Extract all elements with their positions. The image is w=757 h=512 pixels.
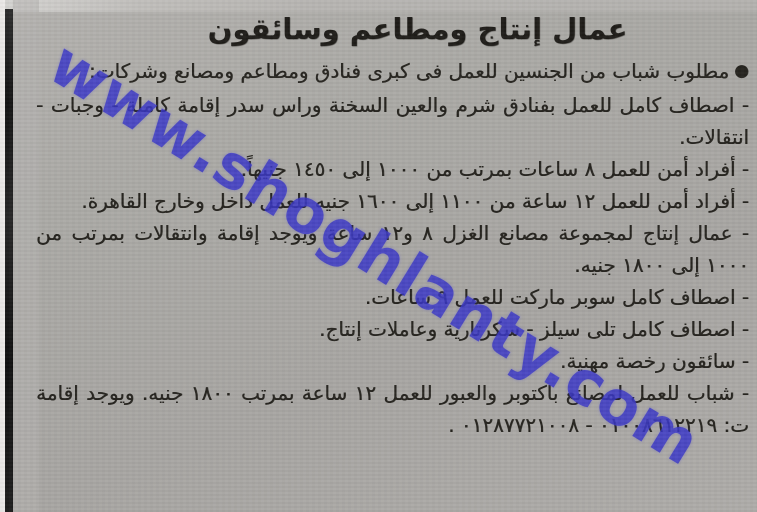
job-ad-clipping: عمال إنتاج ومطاعم وسائقون ●مطلوب شباب من…: [36, 4, 749, 512]
ad-line-security-12h: - أفراد أمن للعمل ١٢ ساعة من ١١٠٠ إلى ١٦…: [36, 185, 749, 217]
bullet-icon: ●: [734, 61, 749, 81]
ad-title: عمال إنتاج ومطاعم وسائقون: [116, 12, 719, 46]
column-rule: [5, 9, 13, 512]
ad-line-telesales: - اصطاف كامل تلى سيلز - سكرتارية وعاملات…: [36, 313, 749, 345]
ad-line-factories-contact: - شباب للعمل لمصانع باكتوبر والعبور للعم…: [36, 377, 749, 441]
ad-line-hotels: - اصطاف كامل للعمل بفنادق شرم والعين الس…: [36, 89, 749, 153]
ad-line-production-workers: - عمال إنتاج لمجموعة مصانع الغزل ٨ و١٢ س…: [36, 217, 749, 281]
newspaper-scan-page: عمال إنتاج ومطاعم وسائقون ●مطلوب شباب من…: [0, 0, 757, 512]
ad-intro: ●مطلوب شباب من الجنسين للعمل فى كبرى فنا…: [36, 55, 749, 89]
ad-line-drivers: - سائقون رخصة مهنية.: [36, 345, 749, 377]
ad-line-supermarket: - اصطاف كامل سوبر ماركت للعمل ٩ ساعات.: [36, 281, 749, 313]
ad-intro-text: مطلوب شباب من الجنسين للعمل فى كبرى فناد…: [89, 59, 729, 83]
ad-line-security-8h: - أفراد أمن للعمل ٨ ساعات بمرتب من ١٠٠٠ …: [36, 153, 749, 185]
